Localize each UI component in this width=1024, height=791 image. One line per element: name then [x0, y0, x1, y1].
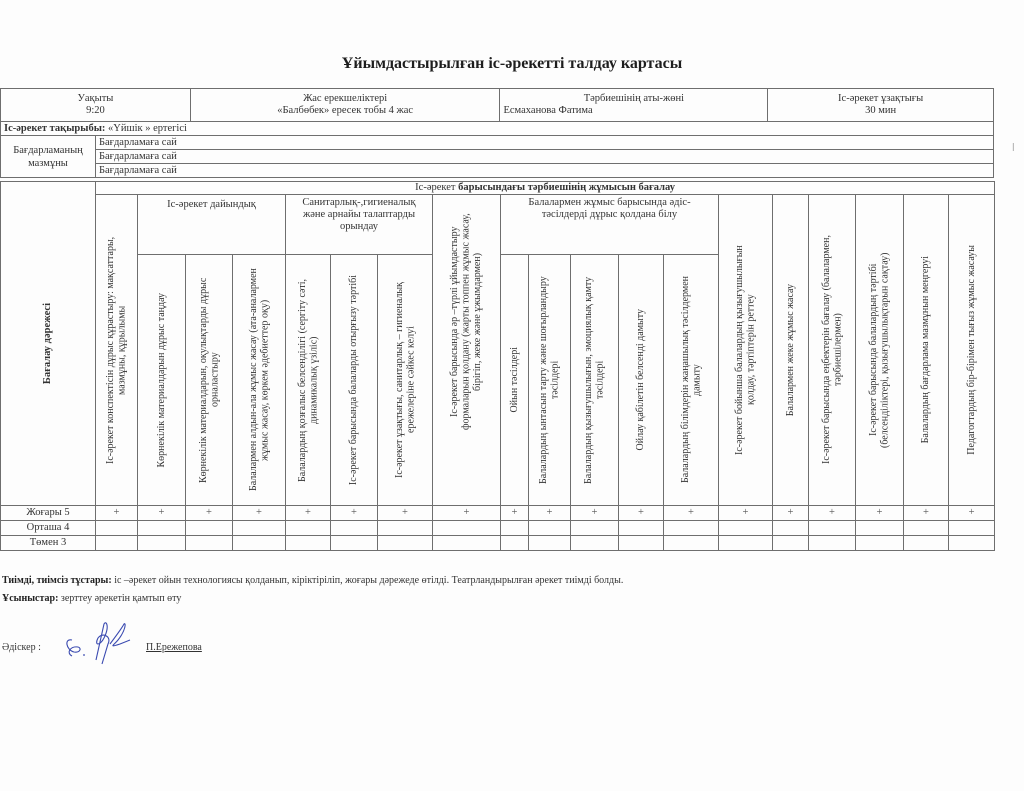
score-cell: [664, 521, 719, 536]
column-header: Балалармен алдын-ала жұмыс жасау (ата-ан…: [233, 255, 286, 506]
age-cell: Жас ерекшеліктері «Балбөбек» ересек тобы…: [190, 89, 500, 122]
column-header: Іс-әрекет барысында еңбектерін бағалау (…: [809, 195, 856, 506]
score-cell: +: [719, 506, 773, 521]
topic-label: Іс-әрекет тақырыбы:: [4, 123, 105, 134]
program-row: Бағдарламаға сай: [95, 150, 993, 164]
score-cell: [949, 536, 995, 551]
score-cell: +: [378, 506, 433, 521]
score-cell: [809, 536, 856, 551]
level-label: Орташа 4: [1, 521, 96, 536]
group-preparation: Іс-әрекет дайындық: [138, 195, 286, 255]
score-cell: [719, 536, 773, 551]
score-cell: [138, 521, 186, 536]
score-cell: [719, 521, 773, 536]
effectiveness-note: Тиімді, тиімсіз тұстары: іс –әрекет ойын…: [2, 575, 623, 586]
column-header: Іс-әрекет ұзақтығы, санитарлық – гигиена…: [378, 255, 433, 506]
score-cell: +: [501, 506, 529, 521]
score-cell: +: [96, 506, 138, 521]
program-row: Бағдарламаға сай: [95, 136, 993, 150]
column-header: Ойлау қабілетін белсенді дамыту: [619, 255, 664, 506]
score-cell: [949, 521, 995, 536]
score-cell: [378, 521, 433, 536]
score-cell: [529, 521, 571, 536]
column-header: Іс-әрекет барысында әр –түрлі ұйымдастыр…: [433, 195, 501, 506]
score-cell: +: [664, 506, 719, 521]
column-header: Балалармен жеке жұмыс жасау: [773, 195, 809, 506]
signature-icon: [60, 620, 140, 665]
score-cell: +: [138, 506, 186, 521]
score-cell: [186, 536, 233, 551]
score-cell: [501, 536, 529, 551]
column-header: Іс-әрекет конспектісін дұрыс құрастыру: …: [96, 195, 138, 506]
document-title: Ұйымдастырылған іс-әрекетті талдау карта…: [0, 55, 1024, 73]
level-label: Жоғары 5: [1, 506, 96, 521]
column-header: Көрнекілік материалдарын, оқулықтарды дұ…: [186, 255, 233, 506]
score-cell: [433, 521, 501, 536]
score-cell: [664, 536, 719, 551]
score-cell: [96, 536, 138, 551]
teacher-value: Есмаханова Фатима: [500, 105, 767, 117]
score-row: Төмен 3: [1, 536, 995, 551]
score-cell: [856, 521, 904, 536]
topic-value: «Үйшік » ертегісі: [108, 123, 187, 134]
suggestions-note: Ұсыныстар: зерттеу әрекетін қамтып өту: [2, 593, 181, 604]
score-cell: [619, 536, 664, 551]
score-row: Орташа 4: [1, 521, 995, 536]
score-row: Жоғары 5+++++++++++++++++++: [1, 506, 995, 521]
teacher-label: Тәрбиешінің аты-жөні: [500, 93, 767, 105]
score-cell: +: [619, 506, 664, 521]
column-header: Іс-әрекет барысында балаларды отырғызу т…: [331, 255, 378, 506]
score-cell: [904, 536, 949, 551]
section-title: Іс-әрекет барысындағы тәрбиешінің жұмысы…: [96, 182, 995, 195]
score-cell: +: [904, 506, 949, 521]
score-cell: +: [571, 506, 619, 521]
duration-value: 30 мин: [768, 105, 993, 117]
scan-mark: ǀ: [1012, 140, 1014, 155]
age-value: «Балбөбек» ересек тобы 4 жас: [191, 105, 500, 117]
score-cell: [904, 521, 949, 536]
level-label: Төмен 3: [1, 536, 96, 551]
score-cell: [96, 521, 138, 536]
row-header-cell: Бағалау дәрежесі: [1, 182, 96, 506]
group-sanitary: Санитарлық-,гигиеналық және арнайы талап…: [286, 195, 433, 255]
column-header: Балалардың білімдерін жаңашылық тәсілдер…: [664, 255, 719, 506]
score-cell: [378, 536, 433, 551]
score-cell: [233, 521, 286, 536]
age-label: Жас ерекшеліктері: [191, 93, 500, 105]
time-value: 9:20: [1, 105, 190, 117]
time-cell: Уақыты 9:20: [1, 89, 191, 122]
score-cell: [571, 536, 619, 551]
score-cell: [773, 521, 809, 536]
topic-cell: Іс-әрекет тақырыбы: «Үйшік » ертегісі: [1, 122, 994, 136]
score-cell: +: [186, 506, 233, 521]
score-cell: [186, 521, 233, 536]
column-header: Іс-әрекет барысында балалардың тәртібі (…: [856, 195, 904, 506]
column-header: Педагогтардың бір-бірімен тығыз жұмыс жа…: [949, 195, 995, 506]
score-rows: Жоғары 5+++++++++++++++++++Орташа 4Төмен…: [1, 506, 995, 551]
score-cell: +: [856, 506, 904, 521]
group-methods: Балалармен жұмыс барысында әдіс-тәсілдер…: [501, 195, 719, 255]
evaluation-table: Бағалау дәрежесі Іс-әрекет барысындағы т…: [0, 181, 995, 551]
program-label: Бағдарламаның мазмұны: [1, 136, 96, 178]
score-cell: +: [773, 506, 809, 521]
score-cell: [138, 536, 186, 551]
program-row: Бағдарламаға сай: [95, 164, 993, 178]
row-header-label: Бағалау дәрежесі: [42, 303, 54, 384]
score-cell: [619, 521, 664, 536]
score-cell: [331, 521, 378, 536]
methodist-label: Әдіскер :: [2, 642, 41, 653]
score-cell: [501, 521, 529, 536]
score-cell: [529, 536, 571, 551]
suggestions-label: Ұсыныстар:: [2, 593, 58, 604]
score-cell: [286, 521, 331, 536]
column-header: Балалардың қызығушылығын, эмоциялық қамт…: [571, 255, 619, 506]
column-header: Көрнекілік материалдарын дұрыс таңдау: [138, 255, 186, 506]
score-cell: +: [809, 506, 856, 521]
teacher-cell: Тәрбиешінің аты-жөні Есмаханова Фатима: [500, 89, 768, 122]
score-cell: [233, 536, 286, 551]
score-cell: [331, 536, 378, 551]
time-label: Уақыты: [1, 93, 190, 105]
score-cell: [809, 521, 856, 536]
score-cell: +: [433, 506, 501, 521]
score-cell: +: [949, 506, 995, 521]
column-header: Іс-әрекет бойынша балалардың қызығушылығ…: [719, 195, 773, 506]
score-cell: +: [286, 506, 331, 521]
column-header: Ойын тәсілдері: [501, 255, 529, 506]
suggestions-text: зерттеу әрекетін қамтып өту: [58, 593, 181, 604]
column-header: Балалардың ынтасын тарту және шоғырланды…: [529, 255, 571, 506]
score-cell: [856, 536, 904, 551]
info-table: Уақыты 9:20 Жас ерекшеліктері «Балбөбек»…: [0, 88, 994, 178]
score-cell: [286, 536, 331, 551]
score-cell: [433, 536, 501, 551]
score-cell: +: [529, 506, 571, 521]
effectiveness-label: Тиімді, тиімсіз тұстары:: [2, 575, 112, 586]
column-header: Балалардың қозғалыс белсенділігі (сергіт…: [286, 255, 331, 506]
duration-label: Іс-әрекет ұзақтығы: [768, 93, 993, 105]
effectiveness-text: іс –әрекет ойын технологиясы қолданып, к…: [112, 575, 624, 586]
score-cell: +: [233, 506, 286, 521]
score-cell: +: [331, 506, 378, 521]
duration-cell: Іс-әрекет ұзақтығы 30 мин: [768, 89, 994, 122]
score-cell: [571, 521, 619, 536]
score-cell: [773, 536, 809, 551]
column-header: Балалардың бағдарлама мазмұнын меңгеруі: [904, 195, 949, 506]
methodist-name: П.Ережепова: [146, 642, 202, 653]
